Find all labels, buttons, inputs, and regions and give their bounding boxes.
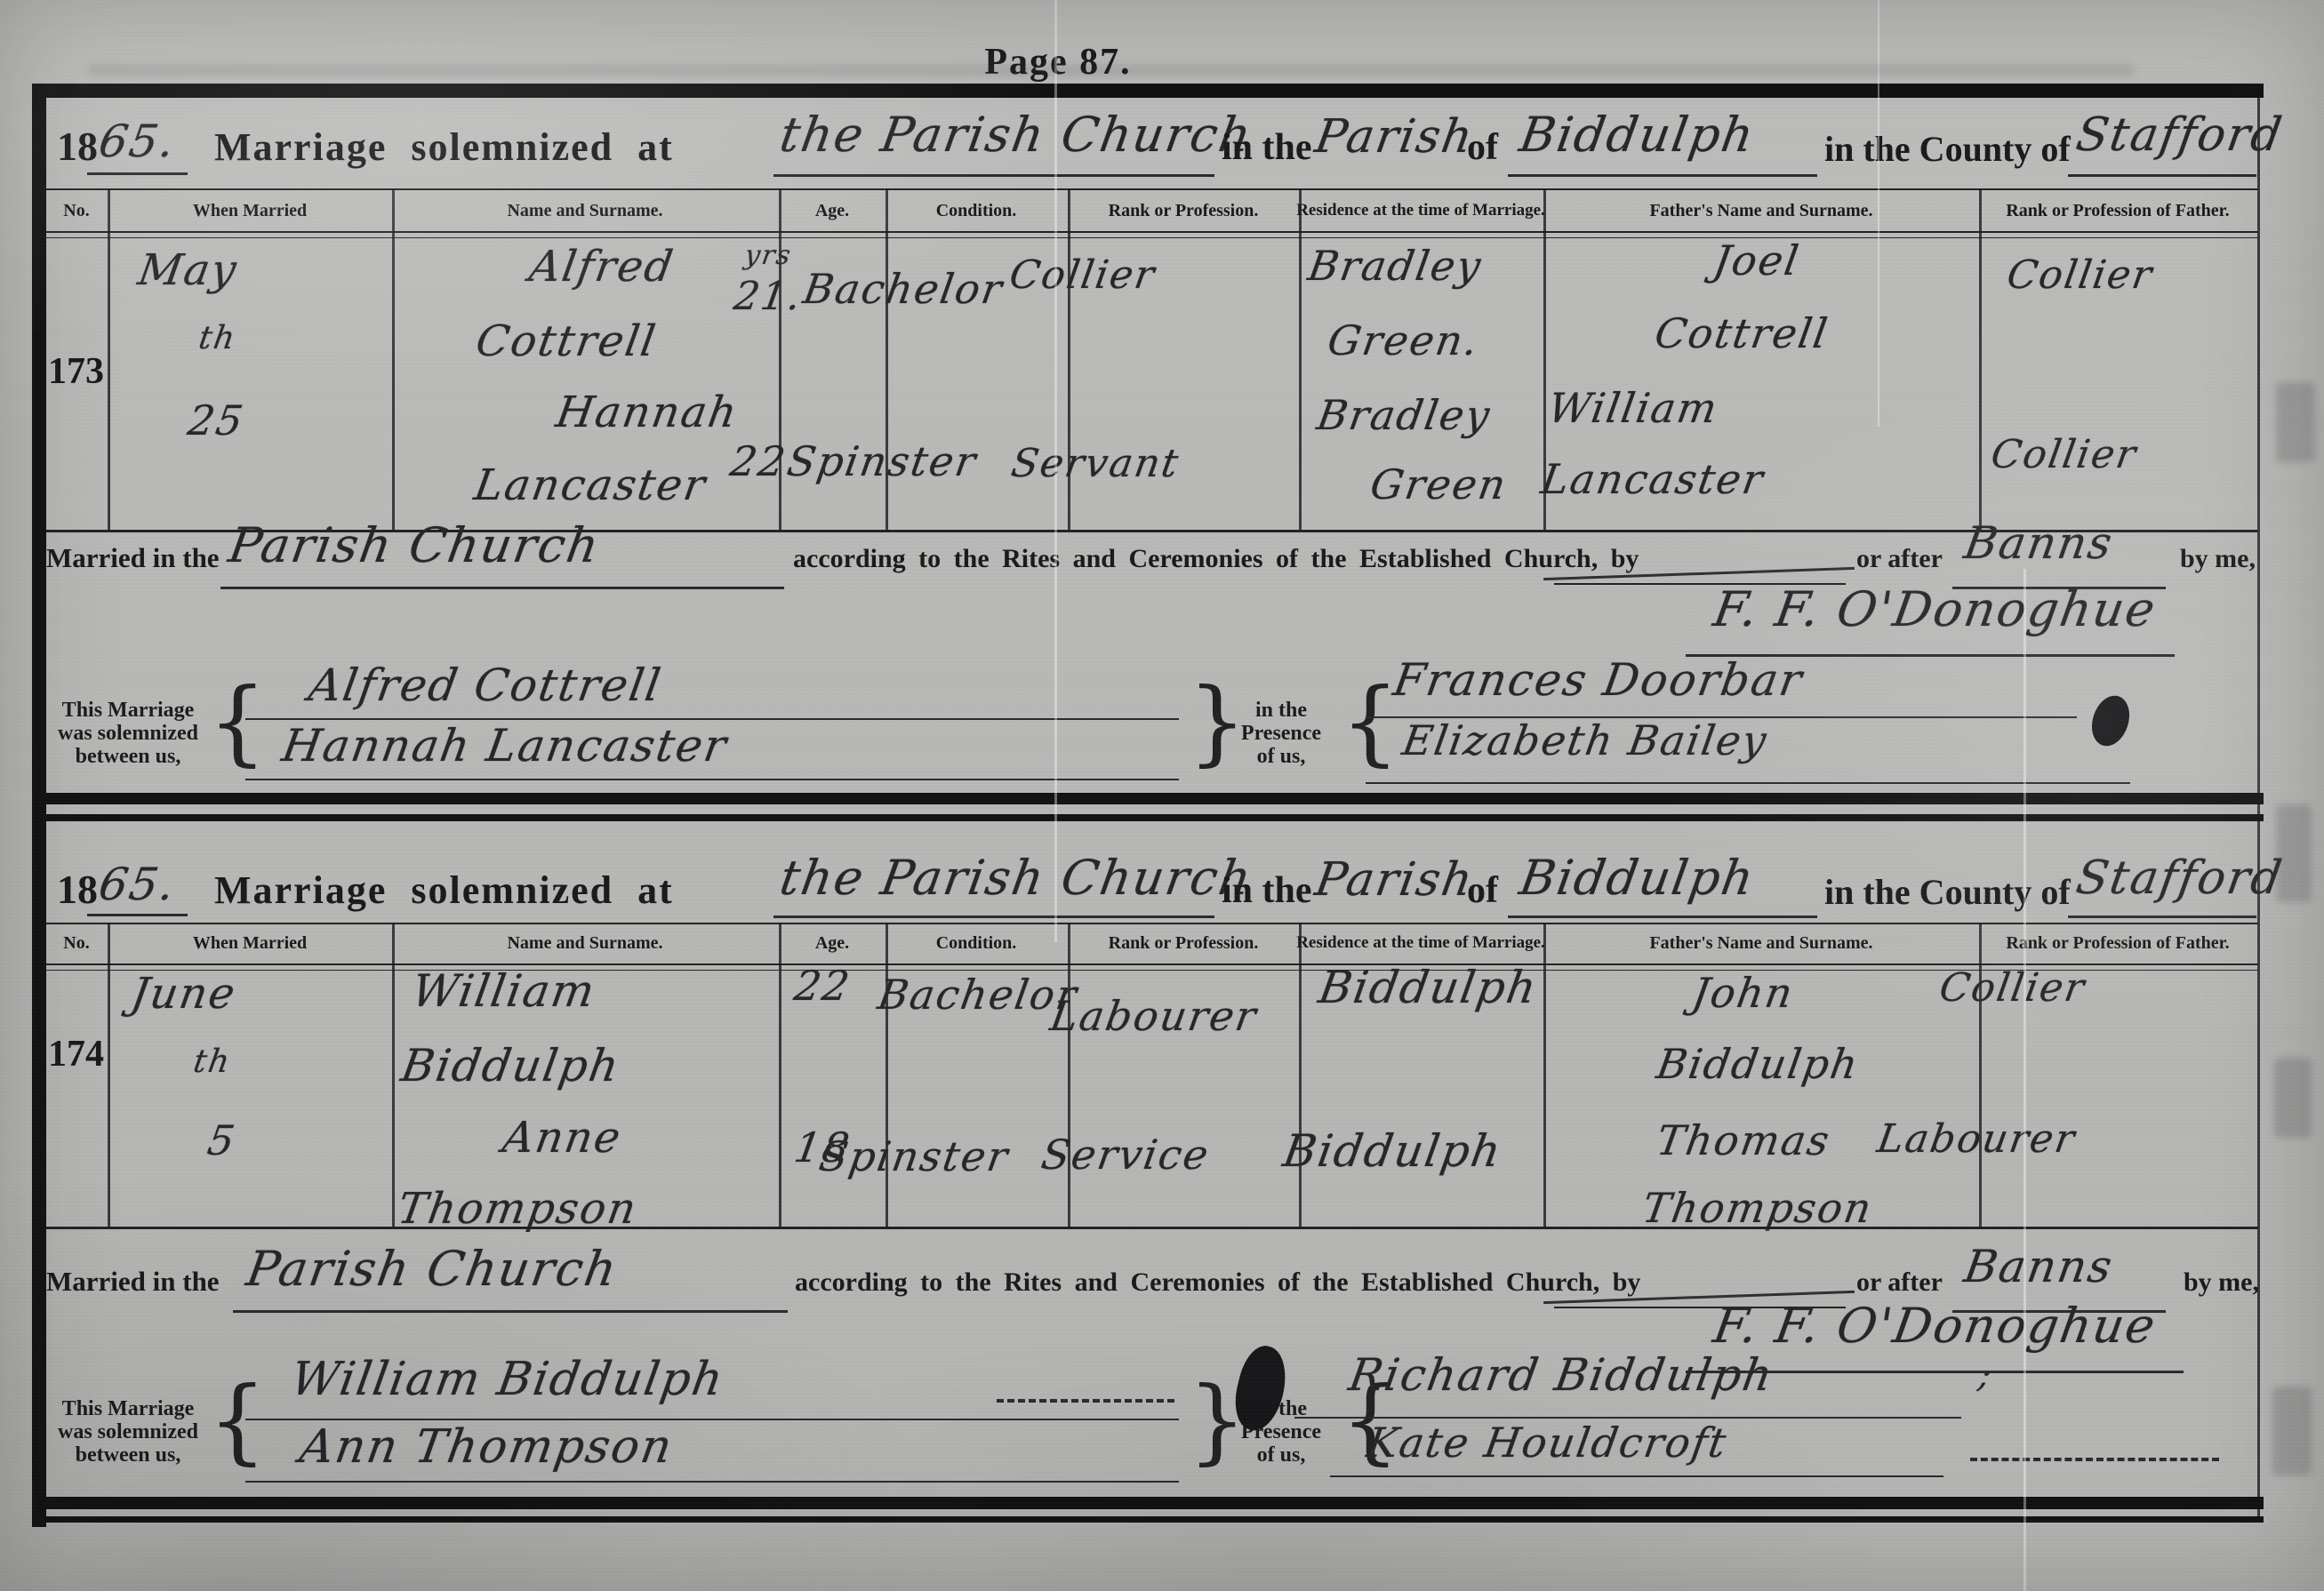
col-divider: [392, 923, 395, 1227]
bleed-through-smudge: [2274, 1058, 2312, 1138]
col-divider: [1543, 923, 1546, 1227]
rule-under-headers-2: [46, 963, 2258, 965]
bride-condition: Spinster: [784, 437, 981, 485]
when-married-day: 5: [204, 1116, 240, 1164]
groom-rank: Labourer: [1047, 992, 1262, 1040]
groom-father-surname: Cottrell: [1652, 309, 1832, 357]
married-in-the-label-2: Married in the: [46, 1266, 220, 1298]
parish-word-fill: Parish: [1311, 110, 1478, 164]
this-marriage-label-2: was solemnized: [58, 722, 198, 746]
married-place-underline: [220, 587, 784, 589]
bride-signature-line: [245, 779, 1179, 780]
presence-label-3: of us,: [1257, 1443, 1306, 1467]
this-marriage-label-2: was solemnized: [58, 1420, 198, 1444]
when-married-th: th: [191, 1043, 234, 1080]
rule-under-headers-2b: [46, 970, 2258, 971]
entry-divider-bar-2: [32, 814, 2264, 821]
rule-under-headers-1b: [46, 237, 2258, 238]
scanned-register-page: Page 87. 18 65. Marriage solemnized at t…: [0, 0, 2324, 1591]
col-divider: [1979, 188, 1982, 532]
groom-father-rank: Collier: [1936, 965, 2089, 1011]
bride-father-forename: William: [1545, 384, 1722, 432]
col-header-condition: Condition.: [936, 201, 1017, 221]
bride-father-rank: Collier: [1988, 432, 2141, 477]
col-header-father-rank: Rank or Profession of Father.: [2006, 201, 2229, 221]
register-document: 18 65. Marriage solemnized at the Parish…: [32, 84, 2264, 1534]
groom-age: 21.: [731, 274, 805, 319]
parish-underline: [1508, 174, 1817, 177]
when-married-month: June: [128, 969, 240, 1019]
bride-father-surname: Thompson: [1639, 1184, 1877, 1232]
ink-blot: [2086, 691, 2136, 751]
frame-bottom-border: [32, 1497, 2264, 1509]
officiant-signature: F. F. O'Donoghue: [1710, 581, 2160, 637]
record-number: 173: [48, 350, 104, 393]
this-marriage-label-3: between us,: [76, 745, 181, 769]
of-label-2: of: [1467, 869, 1498, 912]
bleed-through-smudge: [2276, 382, 2315, 462]
bride-residence-1: Biddulph: [1279, 1125, 1505, 1177]
groom-age: 22: [791, 962, 854, 1010]
parish-word-fill-2: Parish: [1311, 853, 1478, 907]
groom-forename: Alfred: [526, 242, 678, 292]
when-married-day: 25: [185, 396, 248, 444]
rule-under-data-2: [46, 1227, 2258, 1229]
witness-1-signature: Frances Doorbar: [1390, 654, 1807, 706]
bride-rank: Service: [1038, 1131, 1214, 1179]
bride-age: 22: [727, 437, 790, 485]
this-marriage-label-1: This Marriage: [62, 699, 195, 723]
bride-father-forename: Thomas: [1654, 1116, 1834, 1164]
groom-father-rank: Collier: [2004, 252, 2157, 298]
bride-residence-1: Bradley: [1314, 391, 1495, 439]
col-header-name-surname-2: Name and Surname.: [507, 933, 662, 954]
solemnized-at-label: Marriage solemnized at: [214, 124, 674, 170]
bride-father-rank: Labourer: [1874, 1116, 2080, 1162]
witness-trailing-dashes: [1970, 1458, 2219, 1461]
col-header-name-surname: Name and Surname.: [507, 201, 662, 221]
witness-2-signature-2: Kate Houldcroft: [1364, 1419, 1731, 1467]
bride-rank: Servant: [1008, 441, 1182, 486]
bride-residence-2: Green: [1367, 460, 1511, 508]
witness-1-signature-2: Richard Biddulph: [1345, 1349, 1777, 1401]
groom-residence-1: Bradley: [1305, 242, 1486, 290]
col-divider: [392, 188, 395, 532]
year-handwritten-suffix: 65.: [95, 116, 180, 167]
col-header-age: Age.: [815, 201, 849, 221]
witness-flourish-mark: ;: [1975, 1355, 1996, 1395]
col-header-no-2: No.: [63, 933, 89, 954]
rule-under-title-2: [46, 923, 2258, 924]
groom-age-yrs: yrs: [742, 240, 794, 271]
col-divider: [1068, 923, 1070, 1227]
col-divider: [886, 923, 888, 1227]
witness-open-brace: {: [1341, 676, 1399, 768]
groom-residence-1: Biddulph: [1315, 962, 1541, 1013]
of-label: of: [1467, 126, 1498, 169]
col-divider: [1299, 923, 1302, 1227]
col-divider: [108, 923, 110, 1227]
in-the-label: in the: [1222, 126, 1312, 169]
groom-residence-2: Green.: [1325, 316, 1483, 364]
rule-under-title: [46, 188, 2258, 190]
officiant-signature-2: F. F. O'Donoghue: [1710, 1298, 2160, 1354]
col-header-rank: Rank or Profession.: [1109, 201, 1259, 221]
or-after-label-2: or after: [1856, 1267, 1943, 1298]
when-married-th: th: [196, 320, 239, 356]
col-header-no: No.: [63, 201, 89, 221]
married-place-fill: Parish Church: [225, 517, 605, 573]
by-me-label: by me,: [2180, 544, 2256, 574]
page-title: Page 87.: [960, 41, 1156, 84]
witness-2-signature: Elizabeth Bailey: [1399, 716, 1771, 764]
parish-underline-2: [1508, 915, 1817, 918]
bride-forename: Anne: [500, 1113, 626, 1163]
bride-signature: Hannah Lancaster: [278, 720, 731, 772]
church-fill-2: the Parish Church: [776, 850, 1256, 906]
year-underline: [87, 172, 188, 175]
married-place-underline-2: [233, 1310, 788, 1313]
bride-signature-2: Ann Thompson: [296, 1420, 677, 1474]
frame-right-border: [2257, 96, 2260, 1518]
year-handwritten-suffix-2: 65.: [95, 859, 180, 910]
county-fill-2: Stafford: [2072, 851, 2287, 905]
county-underline-2: [2068, 915, 2256, 918]
year-printed-prefix-2: 18: [57, 866, 98, 913]
col-header-when-married: When Married: [193, 201, 307, 221]
col-header-when-married-2: When Married: [193, 933, 307, 954]
groom-condition: Bachelor: [875, 971, 1082, 1019]
col-header-condition-2: Condition.: [936, 933, 1017, 954]
according-label: according to the Rites and Ceremonies of…: [793, 544, 1639, 574]
record-number: 174: [48, 1033, 104, 1075]
banns-fill-2: Banns: [1960, 1241, 2117, 1292]
frame-left-border: [32, 84, 46, 1527]
col-header-age-2: Age.: [815, 933, 849, 954]
banns-fill: Banns: [1960, 517, 2117, 569]
solemnized-at-label-2: Marriage solemnized at: [214, 867, 674, 913]
col-divider: [108, 188, 110, 532]
county-of-label-2: in the County of: [1824, 871, 2071, 913]
bride-signature-line-2: [245, 1481, 1179, 1483]
county-underline: [2068, 174, 2256, 177]
groom-signature: Alfred Cottrell: [305, 660, 665, 711]
col-header-residence: Residence at the time of Marriage.: [1296, 201, 1545, 220]
presence-label-1: in the: [1255, 699, 1307, 723]
this-marriage-label-1: This Marriage: [62, 1397, 195, 1421]
witness-2-line: [1366, 782, 2130, 784]
entry-divider-bar: [32, 793, 2264, 804]
groom-father-forename: Joel: [1711, 236, 1804, 284]
parish-fill: Biddulph: [1516, 107, 1759, 163]
groom-father-surname: Biddulph: [1654, 1040, 1863, 1088]
bleed-through-smudge: [2272, 1387, 2312, 1475]
groom-father-forename: John: [1689, 969, 1798, 1017]
church-fill: the Parish Church: [776, 107, 1256, 163]
bride-condition: Spinster: [816, 1132, 1013, 1180]
year-printed-prefix: 18: [57, 123, 98, 170]
bride-surname: Lancaster: [471, 460, 710, 510]
col-header-father-rank-2: Rank or Profession of Father.: [2006, 933, 2229, 954]
groom-forename: William: [408, 965, 599, 1017]
presence-label-2: Presence: [1241, 722, 1321, 746]
col-divider: [779, 923, 781, 1227]
bride-father-surname: Lancaster: [1538, 455, 1768, 503]
rule-under-headers-1: [46, 231, 2258, 233]
groom-signature-2: William Biddulph: [287, 1353, 728, 1406]
church-underline-2: [773, 915, 1214, 918]
open-brace: {: [208, 676, 267, 768]
parish-fill-2: Biddulph: [1516, 850, 1759, 906]
frame-bottom-border-2: [32, 1516, 2264, 1523]
presence-label-3: of us,: [1257, 745, 1306, 769]
year-underline-2: [87, 914, 188, 916]
col-divider: [1299, 188, 1302, 532]
groom-surname: Cottrell: [473, 316, 661, 366]
married-in-the-label: Married in the: [46, 542, 220, 574]
col-header-father-name-2: Father's Name and Surname.: [1649, 933, 1872, 954]
groom-condition: Bachelor: [800, 265, 1007, 313]
church-underline: [773, 174, 1214, 177]
when-married-month: May: [135, 245, 242, 295]
open-brace: {: [208, 1374, 267, 1467]
county-of-label: in the County of: [1824, 128, 2071, 170]
groom-rank: Collier: [1006, 252, 1159, 298]
col-header-residence-2: Residence at the time of Marriage.: [1296, 933, 1545, 953]
bride-forename: Hannah: [553, 388, 742, 437]
close-brace: }: [1188, 676, 1246, 768]
signature-trailing-dashes: [997, 1399, 1174, 1403]
this-marriage-label-3: between us,: [76, 1443, 181, 1467]
col-header-father-name: Father's Name and Surname.: [1649, 201, 1872, 221]
witness-2-line-2: [1330, 1475, 1943, 1477]
county-fill: Stafford: [2072, 108, 2287, 162]
according-label-2: according to the Rites and Ceremonies of…: [795, 1267, 1640, 1298]
groom-surname: Biddulph: [397, 1040, 623, 1091]
married-place-fill-2: Parish Church: [243, 1241, 622, 1297]
by-me-label-2: by me,: [2184, 1267, 2259, 1298]
frame-top-border: [32, 84, 2264, 98]
or-after-label: or after: [1856, 544, 1943, 574]
in-the-label-2: in the: [1222, 869, 1312, 912]
col-header-rank-2: Rank or Profession.: [1109, 933, 1259, 954]
